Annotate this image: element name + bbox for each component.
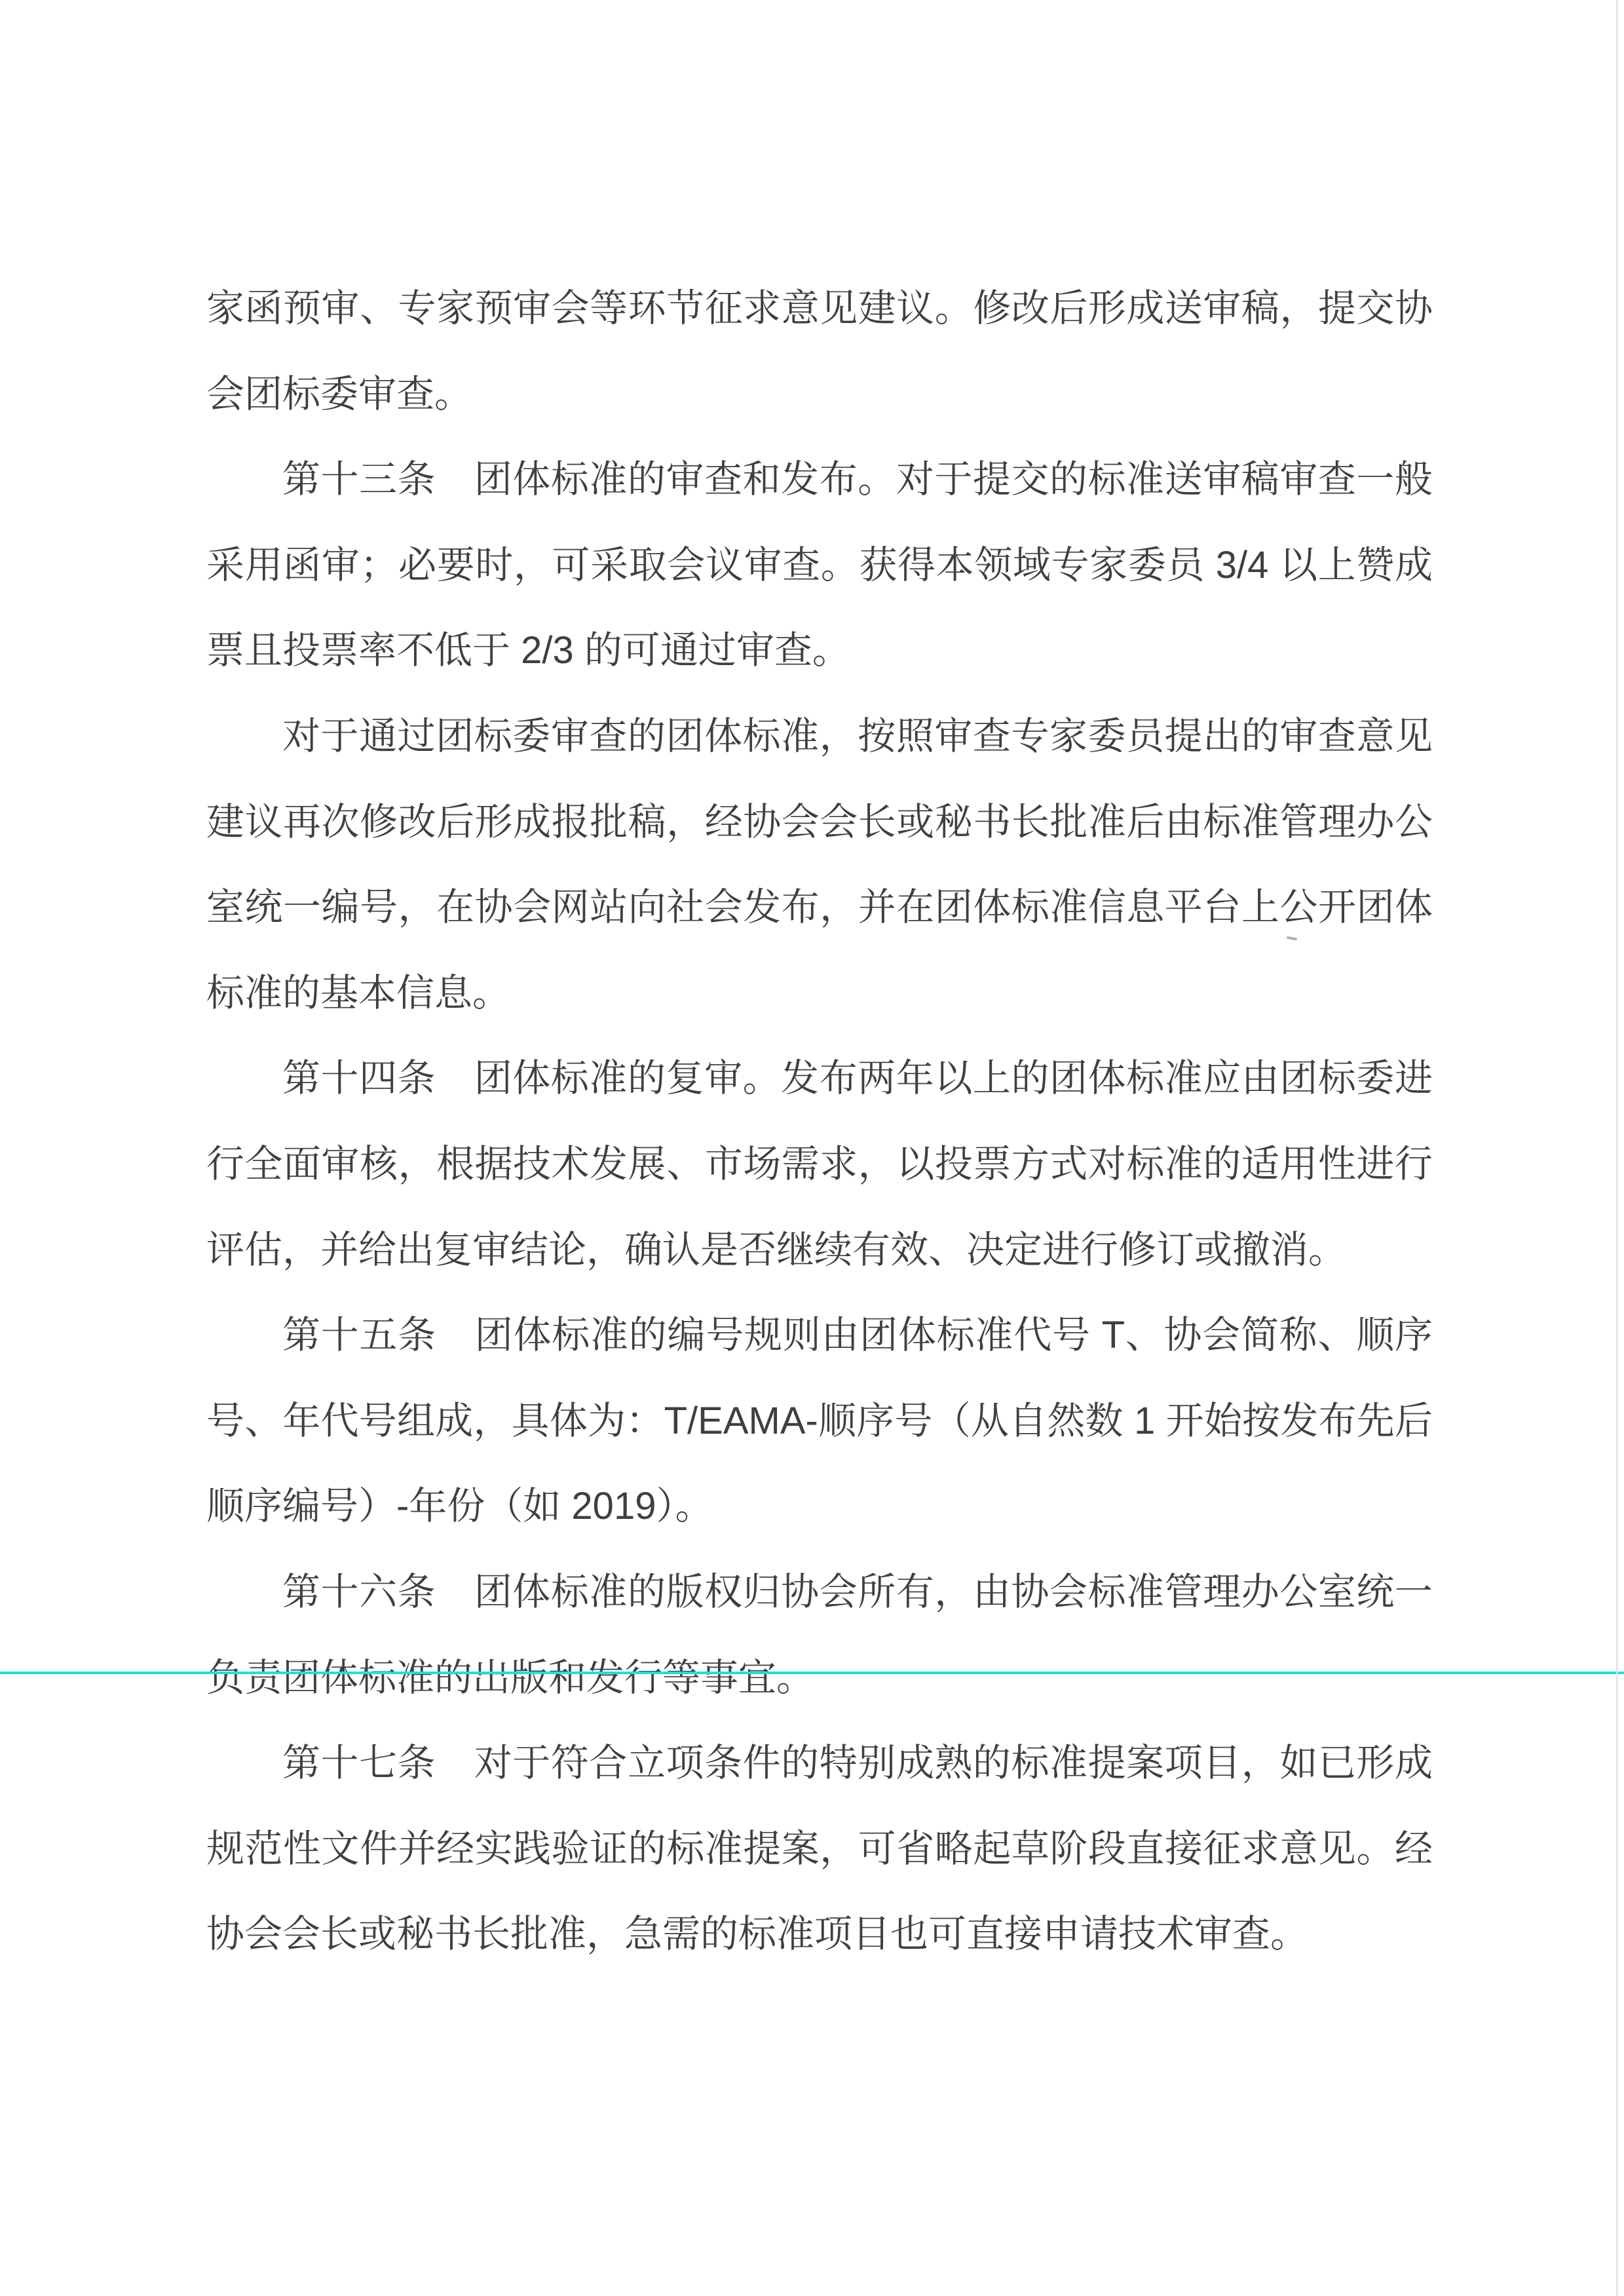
text-line: 负责团体标准的出版和发行等事宜。 [206, 1636, 1433, 1721]
text-line: 评估，并给出复审结论，确认是否继续有效、决定进行修订或撤消。 [206, 1208, 1433, 1293]
text-line: 号、年代号组成，具体为：T/EAMA-顺序号（从自然数 1 开始按发布先后 [206, 1379, 1433, 1464]
text-line: 顺序编号）-年份（如 2019）。 [206, 1464, 1433, 1550]
text-line: 室统一编号，在协会网站向社会发布，并在团体标准信息平台上公开团体 [206, 865, 1433, 951]
text-line: 家函预审、专家预审会等环节征求意见建议。修改后形成送审稿，提交协 [206, 266, 1433, 352]
text-line: 行全面审核，根据技术发展、市场需求，以投票方式对标准的适用性进行 [206, 1122, 1433, 1208]
text-line: 标准的基本信息。 [206, 951, 1433, 1037]
text-line: 第十四条 团体标准的复审。发布两年以上的团体标准应由团标委进 [206, 1036, 1433, 1122]
text-line: 规范性文件并经实践验证的标准提案，可省略起草阶段直接征求意见。经 [206, 1807, 1433, 1892]
text-line: 第十三条 团体标准的审查和发布。对于提交的标准送审稿审查一般 [206, 437, 1433, 523]
text-line: 第十七条 对于符合立项条件的特别成熟的标准提案项目，如已形成 [206, 1721, 1433, 1807]
text-line: 建议再次修改后形成报批稿，经协会会长或秘书长批准后由标准管理办公 [206, 780, 1433, 866]
text-line: 对于通过团标委审查的团体标准，按照审查专家委员提出的审查意见 [206, 694, 1433, 780]
text-line: 采用函审；必要时，可采取会议审查。获得本领域专家委员 3/4 以上赞成 [206, 523, 1433, 609]
highlight-line [0, 1672, 1624, 1674]
document-text: 家函预审、专家预审会等环节征求意见建议。修改后形成送审稿，提交协会团标委审查。第… [206, 266, 1433, 1978]
document-page: 家函预审、专家预审会等环节征求意见建议。修改后形成送审稿，提交协会团标委审查。第… [0, 0, 1624, 2296]
text-line: 协会会长或秘书长批准，急需的标准项目也可直接申请技术审查。 [206, 1892, 1433, 1978]
text-line: 票且投票率不低于 2/3 的可通过审查。 [206, 608, 1433, 694]
text-line: 第十五条 团体标准的编号规则由团体标准代号 T、协会简称、顺序 [206, 1293, 1433, 1379]
text-line: 会团标委审查。 [206, 352, 1433, 438]
scan-edge-artifact [1616, 0, 1618, 2296]
text-line: 第十六条 团体标准的版权归协会所有，由协会标准管理办公室统一 [206, 1550, 1433, 1636]
